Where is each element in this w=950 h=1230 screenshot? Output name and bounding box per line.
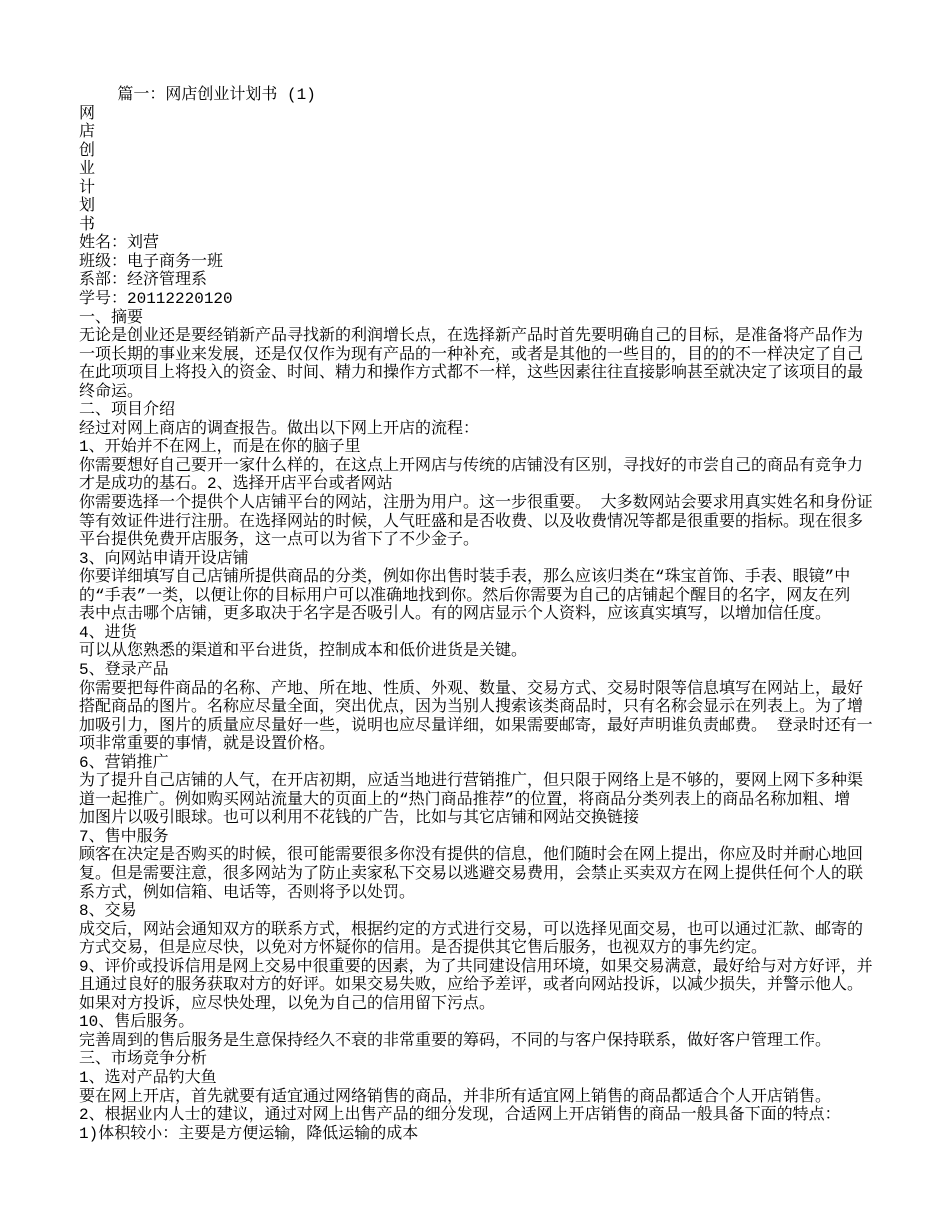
text-line: 可以从您熟悉的渠道和平台进货，控制成本和低价进货是关键。 bbox=[79, 642, 880, 661]
text-line: 系方式，例如信箱、电话等，否则将予以处罚。 bbox=[79, 884, 880, 903]
text-line: 2、根据业内人士的建议，通过对网上出售产品的细分发现，合适网上开店销售的商品一般… bbox=[79, 1106, 880, 1125]
text-line: 表中点击哪个店铺，更多取决于名字是否吸引人。有的网店显示个人资料，应该真实填写，… bbox=[79, 605, 880, 624]
text-line: 经过对网上商店的调查报告。做出以下网上开店的流程： bbox=[79, 420, 880, 439]
text-line: 的“手表”一类，以便让你的目标用户可以准确地找到你。然后你需要为自己的店铺起个醒… bbox=[79, 587, 880, 606]
text-line: 无论是创业还是要经销新产品寻找新的利润增长点，在选择新产品时首先要明确自己的目标… bbox=[79, 327, 880, 346]
text-line: 系部：经济管理系 bbox=[79, 271, 880, 290]
text-line: 计 bbox=[79, 179, 880, 198]
text-line: 道一起推广。例如购买网站流量大的页面上的“热门商品推荐”的位置，将商品分类列表上… bbox=[79, 791, 880, 810]
text-line: 8、交易 bbox=[79, 902, 880, 921]
text-line: 业 bbox=[79, 160, 880, 179]
text-line: 1、开始并不在网上，而是在你的脑子里 bbox=[79, 438, 880, 457]
text-line: 等有效证件进行注册。在选择网站的时候，人气旺盛和是否收费、以及收费情况等都是很重… bbox=[79, 513, 880, 532]
text-line: 且通过良好的服务获取对方的好评。如果交易失败，应给予差评，或者向网站投诉，以减少… bbox=[79, 976, 880, 995]
text-line: 姓名：刘营 bbox=[79, 234, 880, 253]
text-line: 在此项项目上将投入的资金、时间、精力和操作方式都不一样，这些因素往往直接影响甚至… bbox=[79, 364, 880, 383]
document-page: 篇一：网店创业计划书 (1)网店创业计划书姓名：刘营班级：电子商务一班系部：经济… bbox=[0, 0, 950, 1230]
document-body: 篇一：网店创业计划书 (1)网店创业计划书姓名：刘营班级：电子商务一班系部：经济… bbox=[0, 0, 950, 1143]
text-line: 你需要想好自己要开一家什么样的，在这点上开网店与传统的店铺没有区别，寻找好的市尝… bbox=[79, 457, 880, 476]
text-line: 篇一：网店创业计划书 (1) bbox=[79, 86, 880, 105]
text-line: 三、市场竞争分析 bbox=[79, 1050, 880, 1069]
text-line: 班级：电子商务一班 bbox=[79, 253, 880, 272]
text-line: 一、摘要 bbox=[79, 309, 880, 328]
text-line: 加吸引力，图片的质量应尽量好一些，说明也应尽量详细，如果需要邮寄，最好声明谁负责… bbox=[79, 717, 880, 736]
text-line: 二、项目介绍 bbox=[79, 401, 880, 420]
text-line: 终命运。 bbox=[79, 383, 880, 402]
text-line: 划 bbox=[79, 197, 880, 216]
text-line: 4、进货 bbox=[79, 624, 880, 643]
text-line: 书 bbox=[79, 216, 880, 235]
text-line: 网 bbox=[79, 105, 880, 124]
text-line: 平台提供免费开店服务，这一点可以为省下了不少金子。 bbox=[79, 531, 880, 550]
text-line: 7、售中服务 bbox=[79, 828, 880, 847]
text-line: 创 bbox=[79, 142, 880, 161]
text-line: 才是成功的基石。2、选择开店平台或者网站 bbox=[79, 475, 880, 494]
text-line: 1)体积较小：主要是方便运输，降低运输的成本 bbox=[79, 1125, 880, 1144]
text-line: 6、营销推广 bbox=[79, 754, 880, 773]
text-line: 10、售后服务。 bbox=[79, 1013, 880, 1032]
text-line: 项非常重要的事情，就是设置价格。 bbox=[79, 735, 880, 754]
text-line: 要在网上开店，首先就要有适宜通过网络销售的商品，并非所有适宜网上销售的商品都适合… bbox=[79, 1088, 880, 1107]
text-line: 你需要选择一个提供个人店铺平台的网站，注册为用户。这一步很重要。 大多数网站会要… bbox=[79, 494, 880, 513]
text-line: 复。但是需要注意，很多网站为了防止卖家私下交易以逃避交易费用，会禁止买卖双方在网… bbox=[79, 865, 880, 884]
text-line: 3、向网站申请开设店铺 bbox=[79, 550, 880, 569]
text-line: 成交后，网站会通知双方的联系方式，根据约定的方式进行交易，可以选择见面交易，也可… bbox=[79, 921, 880, 940]
text-line: 1、选对产品钓大鱼 bbox=[79, 1069, 880, 1088]
text-line: 5、登录产品 bbox=[79, 661, 880, 680]
text-line: 你要详细填写自己店铺所提供商品的分类，例如你出售时装手表，那么应该归类在“珠宝首… bbox=[79, 568, 880, 587]
text-line: 方式交易，但是应尽快，以免对方怀疑你的信用。是否提供其它售后服务，也视双方的事先… bbox=[79, 939, 880, 958]
text-line: 完善周到的售后服务是生意保持经久不衰的非常重要的筹码，不同的与客户保持联系，做好… bbox=[79, 1032, 880, 1051]
text-line: 你需要把每件商品的名称、产地、所在地、性质、外观、数量、交易方式、交易时限等信息… bbox=[79, 680, 880, 699]
text-line: 如果对方投诉，应尽快处理，以免为自己的信用留下污点。 bbox=[79, 995, 880, 1014]
text-line: 9、评价或投诉信用是网上交易中很重要的因素，为了共同建设信用环境，如果交易满意，… bbox=[79, 958, 880, 977]
text-line: 加图片以吸引眼球。也可以利用不花钱的广告，比如与其它店铺和网站交换链接 bbox=[79, 809, 880, 828]
text-line: 搭配商品的图片。名称应尽量全面，突出优点，因为当别人搜索该类商品时，只有名称会显… bbox=[79, 698, 880, 717]
text-line: 学号：20112220120 bbox=[79, 290, 880, 309]
text-line: 顾客在决定是否购买的时候，很可能需要很多你没有提供的信息，他们随时会在网上提出，… bbox=[79, 846, 880, 865]
text-line: 一项长期的事业来发展，还是仅仅作为现有产品的一种补充，或者是其他的一些目的，目的… bbox=[79, 346, 880, 365]
text-line: 店 bbox=[79, 123, 880, 142]
text-line: 为了提升自己店铺的人气，在开店初期，应适当地进行营销推广，但只限于网络上是不够的… bbox=[79, 772, 880, 791]
